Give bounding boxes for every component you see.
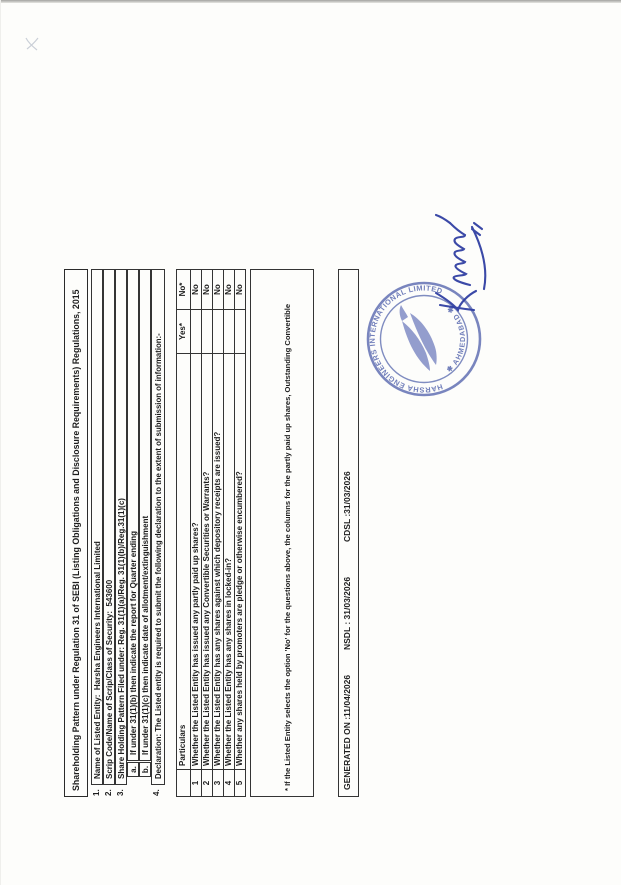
- no-cell: No: [235, 270, 246, 310]
- table-row: 5 Whether any shares held by promoters a…: [235, 270, 246, 797]
- allotment-date-row: If under 31(1)(c) then indicate date of …: [139, 269, 151, 761]
- yes-cell: [191, 310, 202, 354]
- sub-row-letter-text: a.: [129, 766, 138, 773]
- scrip-code-text: Scrip Code/Name of Scrip/Class of Securi…: [105, 580, 114, 779]
- rotated-document: Shareholding Pattern under Regulation 31…: [0, 0, 621, 885]
- declaration-row: Declaration: The Listed entity is requir…: [151, 269, 165, 785]
- nsdl-date: NSDL : 31/03/2026: [342, 577, 352, 650]
- row-number-cell: 4: [224, 770, 235, 797]
- scrip-code-row: Scrip Code/Name of Scrip/Class of Securi…: [103, 269, 115, 785]
- generated-footer: GENERATED ON :11/04/2026 NSDL : 31/03/20…: [338, 269, 359, 797]
- no-cell: No: [202, 270, 213, 310]
- table-header-row: Particulars Yes* No*: [177, 270, 191, 797]
- particulars-cell: Whether the Listed Entity has issued any…: [191, 354, 202, 770]
- col-header-no: No*: [177, 270, 191, 310]
- quarter-ending-row: If under 31(1)(b) then indicate the repo…: [127, 269, 139, 761]
- signature-stroke: [472, 223, 482, 235]
- particulars-cell: Whether any shares held by promoters are…: [235, 354, 246, 770]
- cdsl-date: CDSL :31/03/2026: [342, 471, 352, 542]
- particulars-cell: Whether the Listed Entity has any shares…: [224, 354, 235, 770]
- yes-cell: [213, 310, 224, 354]
- allotment-date-text: If under 31(1)(c) then indicate date of …: [141, 516, 150, 755]
- declaration-table: Particulars Yes* No* 1 Whether the Liste…: [176, 269, 246, 797]
- particulars-cell: Whether the Listed Entity has issued any…: [202, 354, 213, 770]
- no-cell: No: [224, 270, 235, 310]
- generated-on-date: GENERATED ON :11/04/2026: [342, 675, 352, 790]
- table-row: 3 Whether the Listed Entity has any shar…: [213, 270, 224, 797]
- no-cell: No: [213, 270, 224, 310]
- row-number: 4.: [152, 785, 161, 796]
- yes-cell: [224, 310, 235, 354]
- sub-row-letter: b.: [139, 762, 151, 777]
- signature-stroke: [436, 291, 476, 310]
- row-number: 2.: [104, 785, 113, 796]
- pen-x-stroke: [26, 38, 38, 50]
- document-title: Shareholding Pattern under Regulation 31…: [64, 269, 88, 797]
- listed-entity-row: Name of Listed Entity: Harsha Engineers …: [91, 269, 103, 785]
- yes-cell: [202, 310, 213, 354]
- scan-edge-top: [0, 0, 621, 3]
- table-row: 4 Whether the Listed Entity has any shar…: [224, 270, 235, 797]
- sub-row-letter: a.: [127, 762, 139, 777]
- row-number: 3.: [116, 785, 125, 796]
- listed-entity-text: Name of Listed Entity: Harsha Engineers …: [93, 541, 102, 779]
- declaration-text: Declaration: The Listed entity is requir…: [154, 333, 163, 779]
- yes-cell: [235, 310, 246, 354]
- table-row: 1 Whether the Listed Entity has issued a…: [191, 270, 202, 797]
- document-title-text: Shareholding Pattern under Regulation 31…: [71, 290, 81, 792]
- col-header-number: [177, 770, 191, 797]
- quarter-ending-text: If under 31(1)(b) then indicate the repo…: [129, 531, 138, 755]
- sub-row-letter-text: b.: [141, 766, 150, 773]
- signature-handwriting: [424, 207, 504, 319]
- signature-stroke: [472, 227, 485, 289]
- pattern-filed-row: Share Holding Pattern Filed under: Reg. …: [115, 269, 127, 785]
- pattern-filed-text: Share Holding Pattern Filed under: Reg. …: [117, 498, 126, 779]
- scanned-document-page: { "title": "Shareholding Pattern under R…: [0, 0, 621, 885]
- row-number-cell: 1: [191, 770, 202, 797]
- signature-stroke: [436, 215, 450, 223]
- col-header-yes: Yes*: [177, 310, 191, 354]
- pen-x-mark: [24, 36, 40, 52]
- scan-edge-left: [0, 0, 1, 885]
- footnote: * If the Listed Entity selects the optio…: [250, 269, 314, 797]
- table-row: 2 Whether the Listed Entity has issued a…: [202, 270, 213, 797]
- row-number-cell: 5: [235, 770, 246, 797]
- footnote-line: * If the Listed Entity selects the optio…: [281, 275, 295, 791]
- row-number-cell: 3: [213, 770, 224, 797]
- particulars-cell: Whether the Listed Entity has any shares…: [213, 354, 224, 770]
- row-number: 1.: [92, 785, 101, 796]
- signature-stroke: [450, 223, 470, 285]
- no-cell: No: [191, 270, 202, 310]
- col-header-particulars: Particulars: [177, 354, 191, 770]
- row-number-cell: 2: [202, 770, 213, 797]
